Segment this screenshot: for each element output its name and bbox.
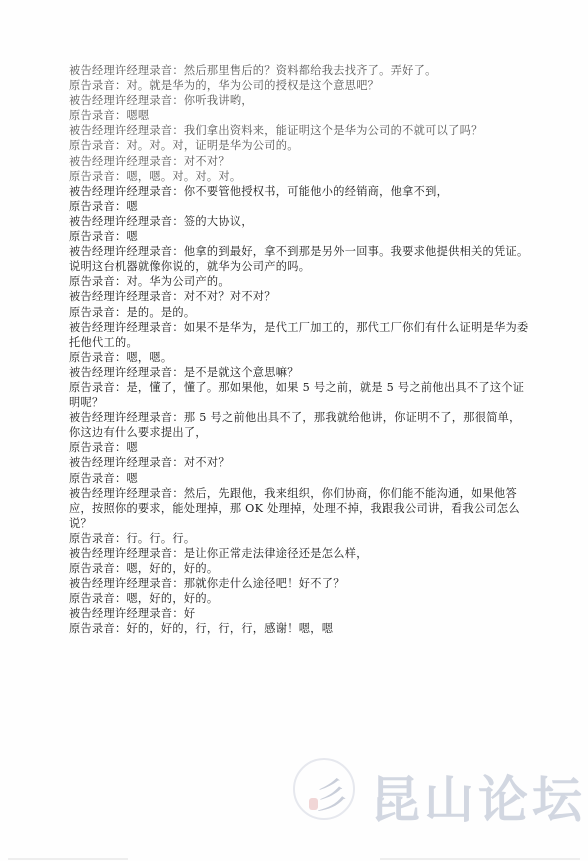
transcript-line: 原告录音：嗯嗯 [69, 108, 529, 123]
transcript-line: 原告录音：是，懂了，懂了。那如果他，如果 5 号之前，就是 5 号之前他出具不了… [69, 380, 529, 410]
transcript-line: 被告经理许经理录音：那 5 号之前他出具不了，那我就给他讲，你证明不了，那很简单… [69, 410, 529, 440]
seal-icon [309, 798, 318, 810]
scanned-page: 被告经理许经理录音：然后那里售后的？资料都给我去找齐了。弄好了。 原告录音：对。… [0, 0, 588, 861]
kunshan-forum-logo-icon: 彡 [293, 758, 355, 820]
transcript: 被告经理许经理录音：然后那里售后的？资料都给我去找齐了。弄好了。 原告录音：对。… [69, 63, 529, 637]
watermark-text: 昆山论坛 [370, 760, 586, 832]
transcript-line: 原告录音：对。华为公司产的。 [69, 274, 529, 289]
transcript-line: 原告录音：行。行。行。 [69, 531, 529, 546]
transcript-line: 原告录音：嗯，嗯。对。对。对。 [69, 169, 529, 184]
transcript-line: 被告经理许经理录音：对不对？对不对？ [69, 289, 529, 304]
transcript-line: 被告经理许经理录音：然后，先跟他，我来组织，你们协商，你们能不能沟通，如果他答应… [69, 486, 529, 531]
transcript-line: 被告经理许经理录音：如果不是华为，是代工厂加工的，那代工厂你们有什么证明是华为委… [69, 320, 529, 350]
transcript-line: 被告经理许经理录音：是让你正常走法律途径还是怎么样， [69, 546, 529, 561]
transcript-line: 原告录音：是的。是的。 [69, 305, 529, 320]
scan-edge [0, 855, 588, 861]
transcript-line: 原告录音：好的，好的，行，行，行，感谢！嗯，嗯 [69, 621, 529, 636]
transcript-line: 原告录音：对。就是华为的，华为公司的授权是这个意思吧？ [69, 78, 529, 93]
transcript-line: 被告经理许经理录音：他拿的到最好，拿不到那是另外一回事。我要求他提供相关的凭证。… [69, 244, 529, 274]
transcript-line: 原告录音：嗯 [69, 229, 529, 244]
transcript-line: 原告录音：嗯 [69, 199, 529, 214]
transcript-line: 原告录音：对。对。对，证明是华为公司的。 [69, 138, 529, 153]
transcript-line: 被告经理许经理录音：签的大协议， [69, 214, 529, 229]
transcript-line: 被告经理许经理录音：我们拿出资料来，能证明这个是华为公司的不就可以了吗？ [69, 123, 529, 138]
transcript-line: 原告录音：嗯 [69, 471, 529, 486]
transcript-line: 原告录音：嗯 [69, 440, 529, 455]
logo-glyph: 彡 [313, 768, 349, 819]
transcript-line: 被告经理许经理录音：你不要管他授权书，可能他小的经销商，他拿不到， [69, 184, 529, 199]
transcript-line: 原告录音：嗯，好的，好的。 [69, 561, 529, 576]
scan-artifact [380, 858, 580, 860]
transcript-line: 被告经理许经理录音：对不对？ [69, 455, 529, 470]
scan-artifact [8, 858, 128, 860]
transcript-line: 原告录音：嗯，好的，好的。 [69, 591, 529, 606]
transcript-line: 被告经理许经理录音：那就你走什么途径吧！好不了？ [69, 576, 529, 591]
watermark: 彡 昆山论坛 [288, 752, 588, 832]
transcript-line: 原告录音：嗯，嗯。 [69, 350, 529, 365]
transcript-line: 被告经理许经理录音：好 [69, 606, 529, 621]
transcript-line: 被告经理许经理录音：你听我讲哟， [69, 93, 529, 108]
transcript-line: 被告经理许经理录音：是不是就这个意思嘛？ [69, 365, 529, 380]
transcript-line: 被告经理许经理录音：对不对？ [69, 154, 529, 169]
transcript-line: 被告经理许经理录音：然后那里售后的？资料都给我去找齐了。弄好了。 [69, 63, 529, 78]
